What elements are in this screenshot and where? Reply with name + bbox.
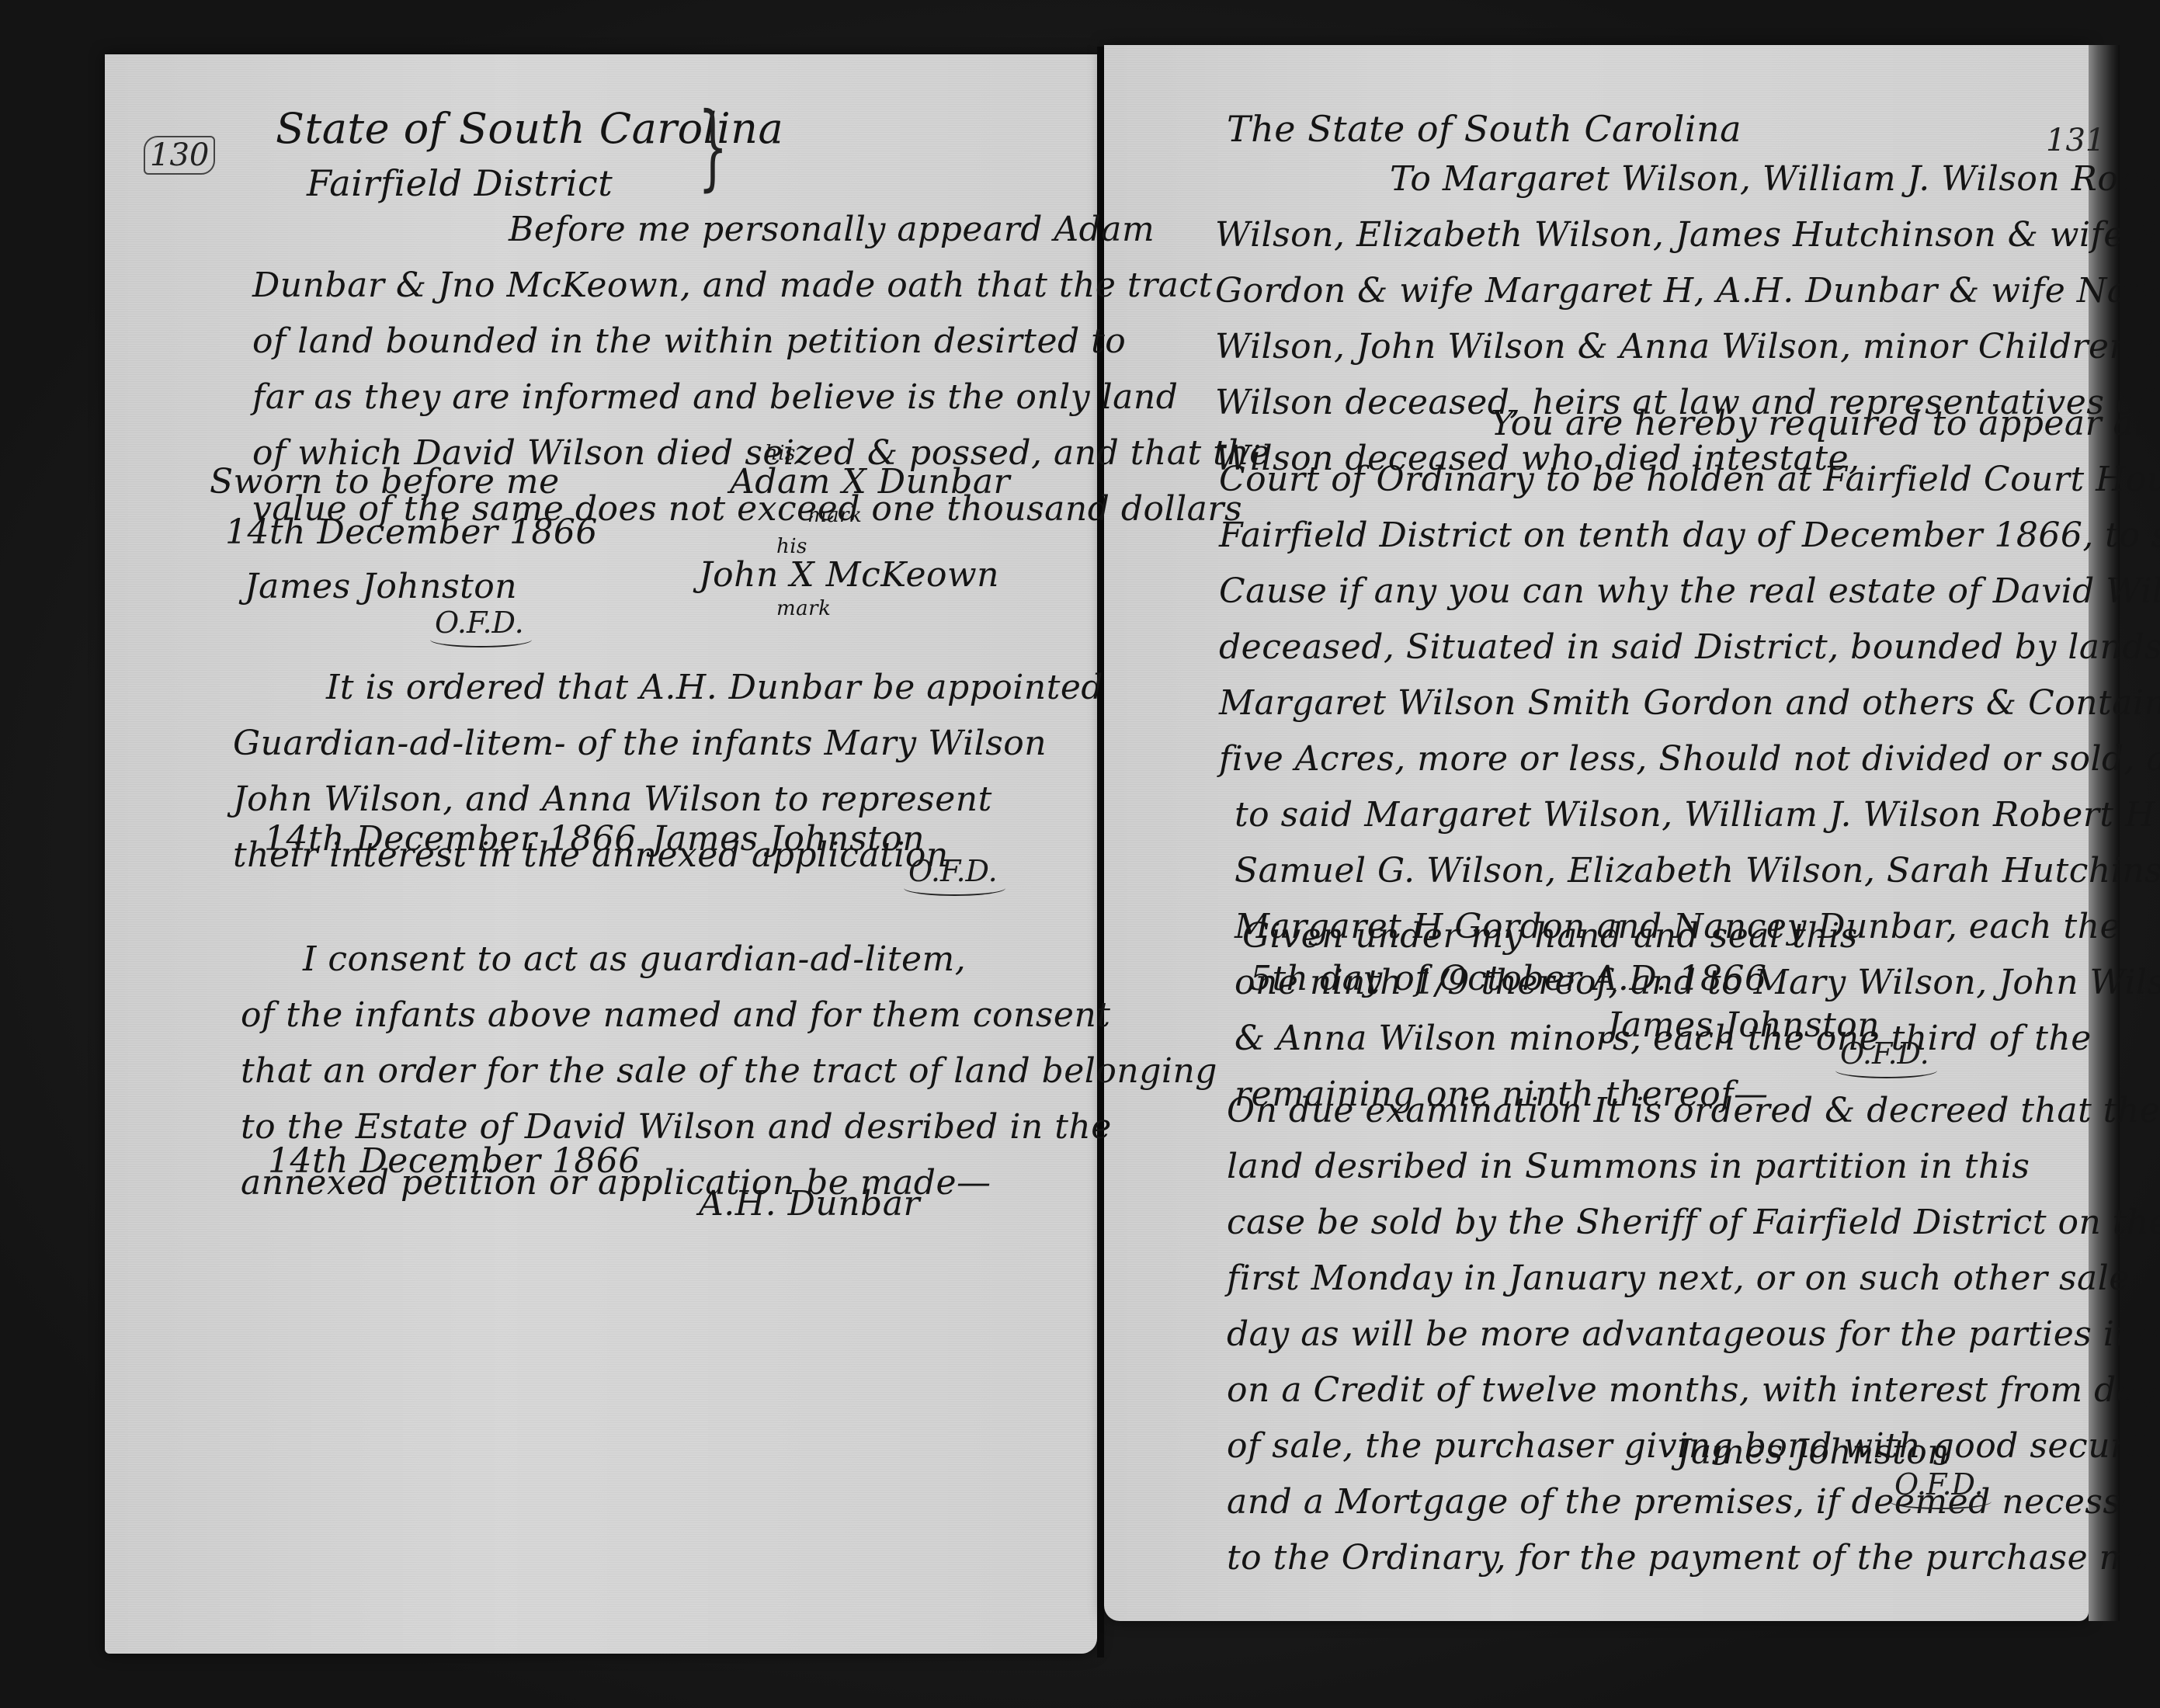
citation-official-signature: James Johnston (1607, 998, 1880, 1054)
citation-line: You are hereby required to appear at the (1219, 396, 2160, 452)
affidavit-line: Dunbar & Jno McKeown, and made oath that… (252, 258, 1270, 314)
order-line: Guardian-ad-litem- of the infants Mary W… (233, 716, 1103, 772)
decree-line: On due examination It is ordered & decre… (1227, 1083, 2160, 1139)
decree-line: to the Ordinary, for the payment of the … (1227, 1530, 2160, 1586)
consent-line: I consent to act as guardian-ad-litem, (241, 932, 1217, 988)
decree-line: land desribed in Summons in partition in… (1227, 1139, 2160, 1195)
affidavit-official-title: O.F.D. (435, 606, 524, 640)
page-number-left: 130 (144, 136, 215, 175)
affidavit-line: of land bounded in the within petition d… (252, 314, 1270, 370)
consent-date: 14th December 1866 (268, 1133, 641, 1189)
summons-line: Gordon & wife Margaret H, A.H. Dunbar & … (1215, 263, 2160, 319)
signer1-name: Adam X Dunbar (730, 454, 1010, 510)
order-official-signature: James Johnston (652, 811, 925, 867)
sworn-text: Sworn to before me (210, 454, 560, 510)
heading-brace-icon: } (698, 93, 728, 201)
consent-line: that an order for the sale of the tract … (241, 1043, 1217, 1099)
right-heading: The State of South Carolina (1227, 101, 1742, 157)
signer1-mark: mark (807, 505, 862, 526)
decree-line: first Monday in January next, or on such… (1227, 1251, 2160, 1307)
citation-line: Samuel G. Wilson, Elizabeth Wilson, Sara… (1219, 843, 2160, 899)
signer2-name: John X McKeown (699, 547, 999, 603)
summons-line: Wilson, John Wilson & Anna Wilson, minor… (1215, 319, 2160, 375)
affidavit-line: Before me personally appeard Adam (252, 202, 1270, 258)
citation-line: Cause if any you can why the real estate… (1219, 564, 2160, 620)
order-official-title: O.F.D. (908, 854, 998, 888)
decree-line: and a Mortgage of the premises, if deeme… (1227, 1474, 2160, 1530)
citation-line: Fairfield District on tenth day of Decem… (1219, 508, 2160, 564)
consent-signer: A.H. Dunbar (699, 1176, 920, 1232)
citation-official-title: O.F.D. (1840, 1036, 1929, 1071)
affidavit-line: far as they are informed and believe is … (252, 370, 1270, 425)
citation-line: five Acres, more or less, Should not div… (1219, 731, 2160, 787)
order-line: It is ordered that A.H. Dunbar be appoin… (233, 660, 1103, 716)
ledger-book: 130 State of South Carolina Fairfield Di… (0, 0, 2160, 1708)
decree-official-title: O.F.D. (1894, 1467, 1984, 1501)
order-date: 14th December 1866 (264, 811, 637, 867)
decree-text: On due examination It is ordered & decre… (1227, 1083, 2160, 1586)
summons-line: To Margaret Wilson, William J. Wilson Ro… (1215, 151, 2160, 207)
citation-line: Margaret Wilson Smith Gordon and others … (1219, 675, 2160, 731)
citation-line: deceased, Situated in said District, bou… (1219, 620, 2160, 675)
decree-line: day as will be more advantageous for the… (1227, 1307, 2160, 1363)
citation-line: Court of Ordinary to be holden at Fairfi… (1219, 452, 2160, 508)
summons-line: Wilson, Elizabeth Wilson, James Hutchins… (1215, 207, 2160, 263)
citation-line: to said Margaret Wilson, William J. Wils… (1219, 787, 2160, 843)
affidavit-date: 14th December 1866 (225, 505, 598, 561)
decree-line: on a Credit of twelve months, with inter… (1227, 1363, 2160, 1418)
decree-line: case be sold by the Sheriff of Fairfield… (1227, 1195, 2160, 1251)
consent-line: of the infants above named and for them … (241, 988, 1217, 1043)
signer2-mark: mark (776, 598, 831, 620)
